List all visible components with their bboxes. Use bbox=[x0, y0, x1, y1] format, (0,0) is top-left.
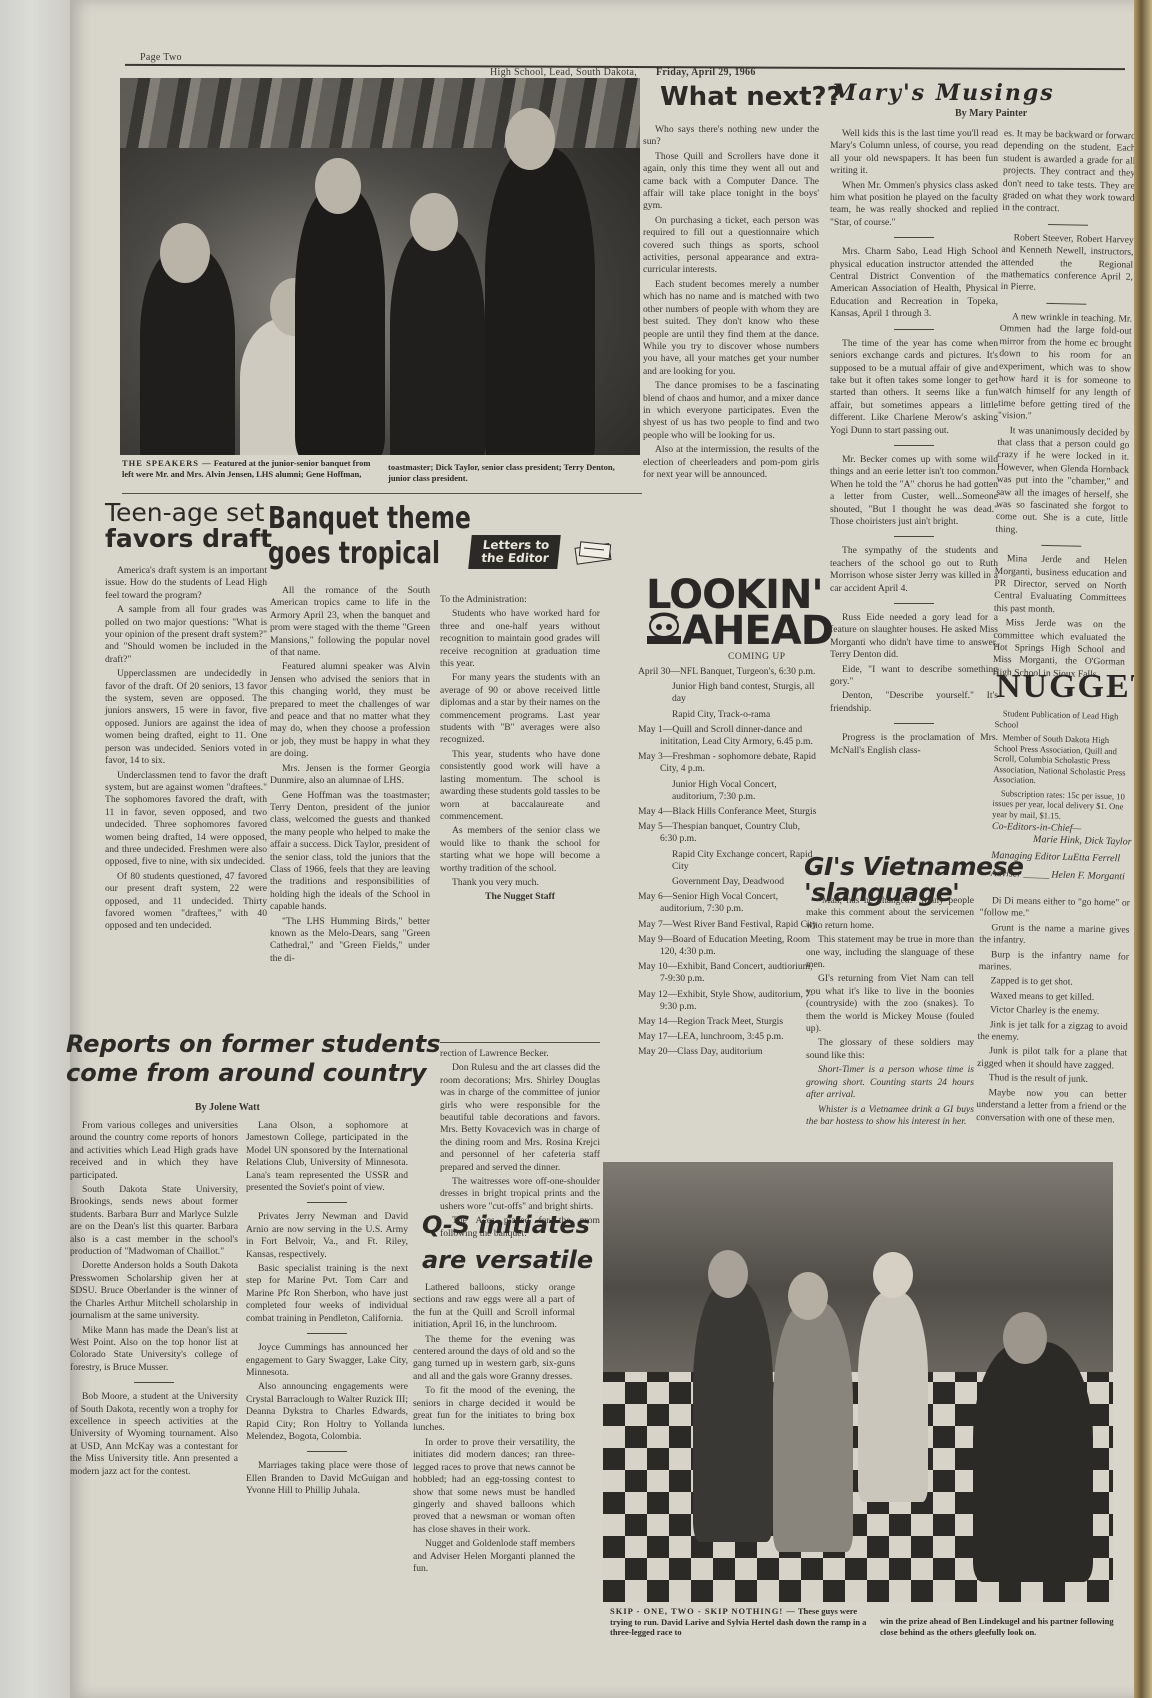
what-next-article: Who says there's nothing new under the s… bbox=[643, 124, 819, 483]
separator bbox=[894, 603, 934, 604]
binding-edge bbox=[1134, 0, 1152, 1698]
event-item: May 10—Exhibit, Band Concert, audtiorium… bbox=[638, 961, 818, 985]
marys-musings-col2: es. It may be backward or forward depend… bbox=[992, 128, 1136, 684]
event-item: Rapid City, Track-o-rama bbox=[638, 709, 818, 721]
speakers-caption-col2: toastmaster; Dick Taylor, senior class p… bbox=[388, 462, 638, 483]
person-head bbox=[708, 1250, 748, 1298]
reports-headline: Reports on former students come from aro… bbox=[66, 1030, 441, 1088]
event-item: Junior High Vocal Concert, auditorium, 7… bbox=[638, 779, 818, 803]
event-item: May 17—LEA, lunchroom, 3:45 p.m. bbox=[638, 1031, 818, 1043]
person-silhouette bbox=[773, 1302, 853, 1552]
separator bbox=[1048, 224, 1088, 226]
marys-musings-headline: Mary's Musings bbox=[832, 80, 1055, 106]
person-head bbox=[410, 193, 458, 251]
separator bbox=[894, 723, 934, 724]
letters-stack-icon bbox=[572, 538, 616, 568]
event-item: May 7—West River Band Festival, Rapid Ci… bbox=[638, 919, 818, 931]
person-head bbox=[788, 1272, 828, 1320]
gi-slanguage-col2: Di Di means either to "go home" or "foll… bbox=[976, 895, 1130, 1128]
event-item: May 6—Senior High Vocal Concert, auditor… bbox=[638, 891, 818, 915]
separator bbox=[1041, 545, 1081, 547]
section-divider bbox=[122, 493, 642, 494]
event-item: May 1—Quill and Scroll dinner-dance and … bbox=[638, 724, 818, 748]
person-head bbox=[505, 108, 555, 170]
qs-initiates-headline: Q-S initiates are versatile bbox=[422, 1208, 593, 1278]
speakers-caption-col1: THE SPEAKERS — Featured at the junior-se… bbox=[122, 458, 372, 479]
event-item: May 5—Thespian banquet, Country Club, 6:… bbox=[638, 821, 818, 845]
person-silhouette bbox=[390, 228, 485, 455]
section-divider bbox=[440, 1042, 600, 1043]
teen-draft-headline: Teen-age set favors draft bbox=[105, 500, 272, 553]
banquet-headline: Banquet theme goes tropical bbox=[268, 502, 471, 571]
curtain-backdrop bbox=[120, 78, 640, 148]
event-item: May 14—Region Track Meet, Sturgis bbox=[638, 1016, 818, 1028]
person-silhouette bbox=[485, 148, 595, 455]
event-item: May 12—Exhibit, Style Show, auditorium, … bbox=[638, 989, 818, 1013]
letters-to-editor-badge: Letters to the Editor bbox=[468, 535, 561, 569]
event-item: May 9—Board of Education Meeting, Room 1… bbox=[638, 934, 818, 958]
adjacent-page-edge bbox=[0, 0, 78, 1698]
separator bbox=[894, 445, 934, 446]
reports-byline: By Jolene Watt bbox=[195, 1102, 260, 1113]
person-silhouette bbox=[973, 1342, 1093, 1582]
person-silhouette bbox=[693, 1282, 773, 1542]
mascot-peeking-icon bbox=[645, 612, 683, 648]
separator bbox=[307, 1202, 347, 1203]
separator bbox=[894, 536, 934, 537]
what-next-headline: What next?? bbox=[660, 84, 842, 111]
person-silhouette bbox=[295, 188, 385, 455]
teen-draft-article: America's draft system is an important i… bbox=[105, 565, 267, 935]
person-head bbox=[315, 158, 361, 214]
banquet-article-col1: All the romance of the South American tr… bbox=[270, 585, 430, 967]
separator bbox=[307, 1333, 347, 1334]
separator bbox=[894, 237, 934, 238]
marys-musings-byline: By Mary Painter bbox=[955, 108, 1027, 119]
separator bbox=[894, 329, 934, 330]
gi-slanguage-col1: "Man, has he changed!" Many people make … bbox=[806, 895, 974, 1130]
separator bbox=[307, 1451, 347, 1452]
event-item: May 20—Class Day, auditorium bbox=[638, 1046, 818, 1058]
nugget-masthead-title: NUGGET bbox=[996, 668, 1152, 706]
publication-line: High School, Lead, South Dakota, bbox=[490, 67, 637, 78]
reports-col1: From various colleges and universities a… bbox=[70, 1120, 238, 1480]
separator bbox=[134, 1382, 174, 1383]
person-head bbox=[873, 1252, 913, 1298]
skip-caption-col1: SKIP - ONE, TWO - SKIP NOTHING! — These … bbox=[610, 1606, 872, 1638]
qs-initiates-article: Lathered balloons, sticky orange section… bbox=[413, 1282, 575, 1577]
coming-up-label: COMING UP bbox=[728, 652, 786, 662]
event-item: May 3—Freshman - sophomore debate, Rapid… bbox=[638, 751, 818, 775]
marys-musings-col1: Well kids this is the last time you'll r… bbox=[830, 128, 998, 759]
event-item: Junior High band contest, Sturgis, all d… bbox=[638, 681, 818, 705]
person-silhouette bbox=[858, 1292, 928, 1502]
letters-article: To the Administration: Students who have… bbox=[440, 594, 600, 906]
skip-caption-col2: win the prize ahead of Ben Lindekugel an… bbox=[880, 1616, 1120, 1637]
event-item: Government Day, Deadwood bbox=[638, 876, 818, 888]
event-item: May 4—Black Hills Conferance Meet, Sturg… bbox=[638, 806, 818, 818]
lookin-ahead-title-line2: AHEAD bbox=[682, 612, 833, 650]
newspaper-page: Page Two High School, Lead, South Dakota… bbox=[70, 0, 1145, 1698]
event-item: Rapid City Exchange concert, Rapid City bbox=[638, 849, 818, 873]
reports-col2: Lana Olson, a sophomore at Jamestown Col… bbox=[246, 1120, 408, 1500]
person-head bbox=[1003, 1312, 1047, 1364]
separator bbox=[1046, 303, 1086, 305]
page-label: Page Two bbox=[140, 52, 182, 63]
person-head bbox=[160, 223, 210, 283]
issue-date: Friday, April 29, 1966 bbox=[656, 67, 756, 78]
speakers-photo bbox=[120, 78, 640, 455]
events-list: April 30—NFL Banquet, Turgeon's, 6:30 p.… bbox=[638, 666, 818, 1062]
event-item: April 30—NFL Banquet, Turgeon's, 6:30 p.… bbox=[638, 666, 818, 678]
three-legged-race-photo bbox=[603, 1162, 1113, 1602]
